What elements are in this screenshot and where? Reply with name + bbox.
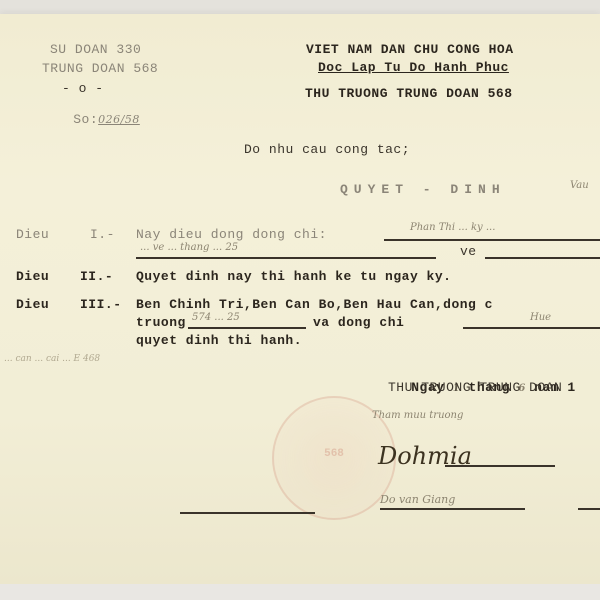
article-2-text: Quyet dinh nay thi hanh ke tu ngay ky. [136, 269, 451, 284]
signature-underline [445, 465, 555, 467]
article-3-text-line-1: Ben Chinh Tri,Ben Can Bo,Ben Hau Can,don… [136, 297, 493, 312]
article-1-fill-line-1 [384, 239, 600, 241]
article-1-label: Dieu [16, 227, 49, 242]
unit-line-2: TRUNG DOAN 568 [42, 61, 158, 76]
article-1-handwriting-2: ... ve ... thang ... 25 [140, 242, 238, 253]
article-3-number: III.- [80, 297, 122, 312]
article-1-text: Nay dieu dong dong chi: [136, 227, 327, 242]
article-1-fill-line-2 [136, 257, 436, 259]
signature-note: Tham muu truong [372, 410, 463, 421]
unit-line-1: SU DOAN 330 [50, 42, 141, 57]
country-name: VIET NAM DAN CHU CONG HOA [306, 42, 514, 57]
number-value: 026/58 [98, 113, 140, 126]
header-separator: - o - [62, 81, 104, 96]
article-2-number: II.- [80, 269, 113, 284]
left-blank-line [180, 512, 315, 514]
article-3-label: Dieu [16, 297, 49, 312]
article-1-number: I.- [90, 227, 115, 242]
article-3-handwriting-dong-chi: Hue [530, 312, 551, 323]
title-handwriting: Vau [570, 180, 589, 191]
document-number: So:026/58 [40, 97, 140, 142]
article-3-fill-line-1 [188, 327, 306, 329]
article-3-truong: truong [136, 315, 186, 330]
motto: Doc Lap Tu Do Hanh Phuc [318, 60, 509, 75]
margin-note: ... can ... cai ... E 468 [4, 354, 100, 364]
stamp-text: 568 [274, 448, 394, 460]
decision-title: QUYET - DINH [340, 182, 506, 197]
article-3-va-dong-chi: va dong chi [313, 315, 404, 330]
signer-name: Do van Giang [380, 493, 455, 506]
number-label: So: [73, 112, 98, 127]
signer-name-line [380, 508, 525, 510]
article-1-handwriting-1: Phan Thi ... ky ... [410, 222, 495, 233]
article-2-label: Dieu [16, 269, 49, 284]
document-page: SU DOAN 330 TRUNG DOAN 568 - o - So:026/… [0, 14, 600, 584]
authority-title: THU TRUONG TRUNG DOAN 568 [305, 86, 513, 101]
article-1-trailing: ve [460, 244, 477, 259]
signatory-title: THU TRUONG TRUNG DOAN [388, 380, 562, 395]
preamble: Do nhu cau cong tac; [244, 142, 410, 157]
right-blank-line [578, 508, 600, 510]
article-3-fill-line-2 [463, 327, 600, 329]
article-1-fill-line-3 [485, 257, 600, 259]
article-3-handwriting-truong: 574 ... 25 [192, 312, 240, 323]
nam-value: 1 [567, 380, 575, 395]
article-3-text-line-3: quyet dinh thi hanh. [136, 333, 302, 348]
